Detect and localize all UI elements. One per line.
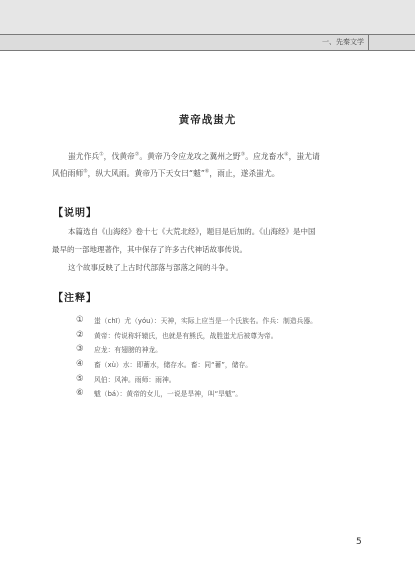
note-number: ④ [76, 359, 94, 369]
explanation-line: 本篇选自《山海经》卷十七《大荒北经》，题目是后加的。《山海经》是中国 [52, 223, 382, 241]
running-header: 一、先秦文学 [0, 34, 415, 51]
header-divider [368, 35, 369, 50]
note-item: ①蚩（chī）尤（yóu）：天神，实际上应当是一个氏族名。作兵：制造兵器。 [76, 313, 376, 328]
passage-text: 蚩尤作兵①，伐黄帝②。黄帝乃令应龙攻之冀州之野③。应龙畜水④，蚩尤请 风伯雨师⑤… [52, 148, 372, 182]
note-text: 黄帝：传说称轩辕氏，也就是有熊氏，战胜蚩尤后被尊为帝。 [94, 330, 278, 340]
note-item: ⑤风伯：风神。雨师：雨神。 [76, 371, 376, 386]
note-number: ③ [76, 344, 94, 354]
explanation-line: 这个故事反映了上古时代部落与部落之间的斗争。 [52, 259, 382, 277]
note-item: ③应龙：有翅膀的神龙。 [76, 342, 376, 357]
passage-line-1: 蚩尤作兵①，伐黄帝②。黄帝乃令应龙攻之冀州之野③。应龙畜水④，蚩尤请 [52, 148, 372, 165]
note-number: ① [76, 315, 94, 325]
passage-line-2: 风伯雨师⑤，纵大风雨。黄帝乃下天女曰“魃”⑥，雨止，遂杀蚩尤。 [52, 165, 372, 182]
note-item: ⑥魃（bá）：黄帝的女儿，一说是旱神，叫“旱魃”。 [76, 386, 376, 401]
page-top-margin [0, 0, 415, 34]
chapter-title: 一、先秦文学 [322, 37, 364, 47]
notes-heading: 【注释】 [53, 289, 97, 304]
note-number: ⑥ [76, 388, 94, 398]
notes-list: ①蚩（chī）尤（yóu）：天神，实际上应当是一个氏族名。作兵：制造兵器。 ②黄… [76, 313, 376, 401]
explanation-heading: 【说明】 [53, 204, 97, 219]
note-text: 魃（bá）：黄帝的女儿，一说是旱神，叫“旱魃”。 [94, 388, 242, 398]
note-text: 蚩（chī）尤（yóu）：天神，实际上应当是一个氏族名。作兵：制造兵器。 [94, 315, 317, 325]
note-text: 风伯：风神。雨师：雨神。 [94, 374, 176, 384]
note-item: ④畜（xù）水：即蓄水，储存水。畜：同“蓄”，储存。 [76, 357, 376, 372]
note-item: ②黄帝：传说称轩辕氏，也就是有熊氏，战胜蚩尤后被尊为帝。 [76, 328, 376, 343]
page-number: 5 [356, 537, 362, 547]
note-text: 畜（xù）水：即蓄水，储存水。畜：同“蓄”，储存。 [94, 359, 252, 369]
explanation-text: 本篇选自《山海经》卷十七《大荒北经》，题目是后加的。《山海经》是中国 最早的一部… [52, 223, 382, 277]
note-number: ⑤ [76, 374, 94, 384]
article-title: 黄帝战蚩尤 [0, 112, 415, 127]
note-number: ② [76, 330, 94, 340]
note-text: 应龙：有翅膀的神龙。 [94, 344, 162, 354]
explanation-line: 最早的一部地理著作，其中保存了许多古代神话故事传说。 [52, 241, 382, 259]
